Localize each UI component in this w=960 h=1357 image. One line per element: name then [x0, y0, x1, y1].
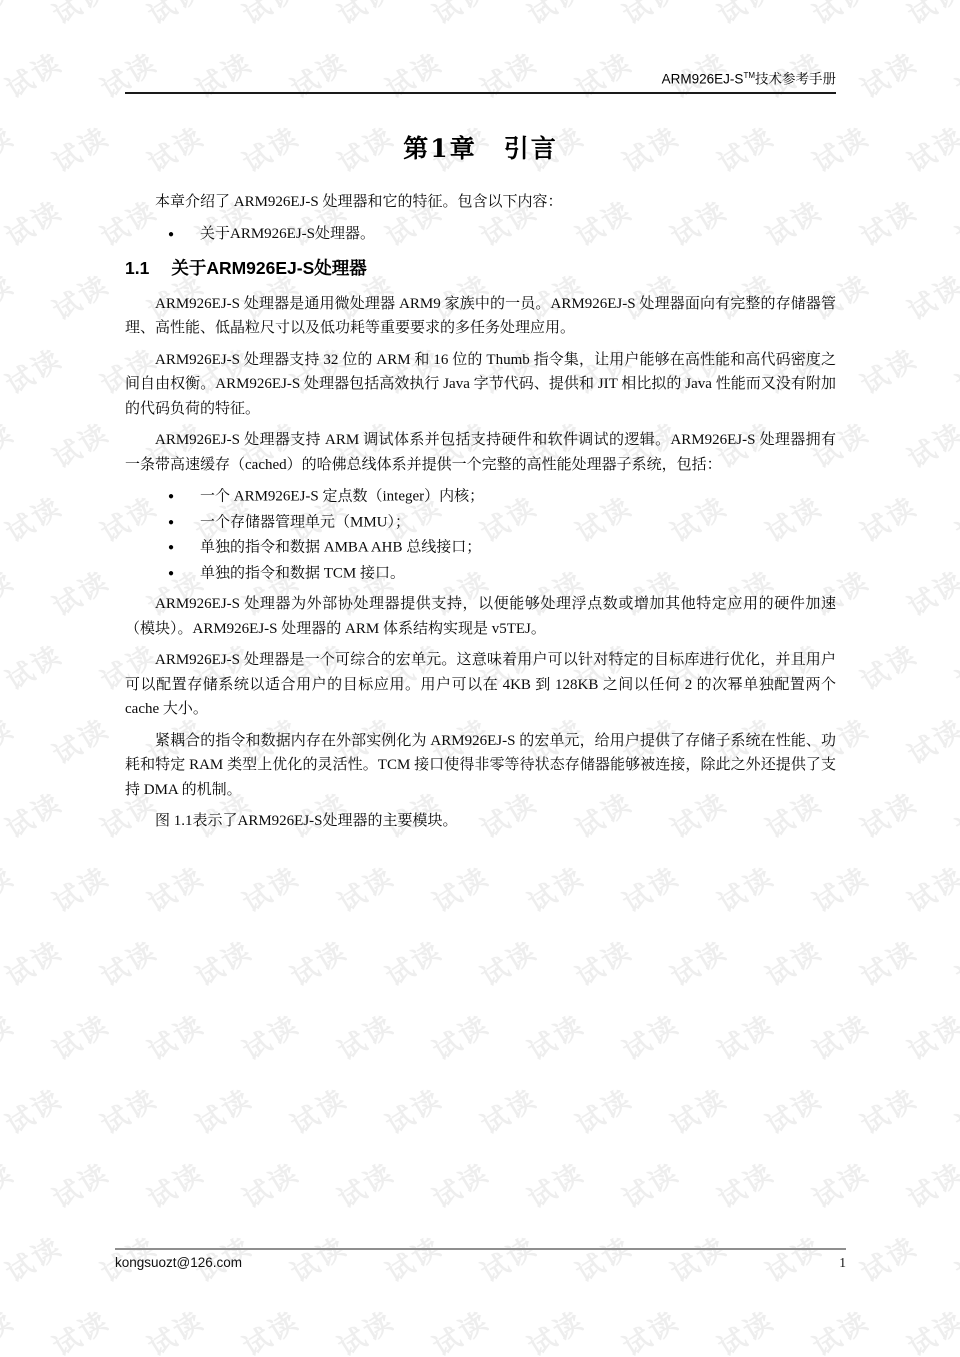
watermark-text: 试读	[139, 1003, 211, 1068]
watermark-text: 试读	[424, 1299, 496, 1357]
watermark-text: 试读	[0, 1077, 69, 1142]
watermark-text: 试读	[757, 929, 829, 994]
watermark-text: 试读	[472, 1077, 544, 1142]
watermark-text: 试读	[0, 1003, 21, 1068]
watermark-text: 试读	[567, 929, 639, 994]
section-heading: 1.1关于ARM926EJ-S处理器	[125, 258, 836, 278]
watermark-text: 试读	[282, 1077, 354, 1142]
watermark-text: 试读	[187, 1077, 259, 1142]
bullet-icon: ●	[168, 222, 200, 248]
watermark-text: 试读	[234, 1151, 306, 1216]
watermark-text: 试读	[709, 1299, 781, 1357]
watermark-text: 试读	[139, 1299, 211, 1357]
body-paragraph: ARM926EJ-S 处理器是一个可综合的宏单元。这意味着用户可以针对特定的目标…	[125, 648, 836, 722]
list-item: ●一个 ARM926EJ-S 定点数（integer）内核；	[168, 484, 836, 510]
watermark-text: 试读	[519, 855, 591, 920]
page-content: ARM926EJ-STM技术参考手册 第1章 引言 本章介绍了 ARM926EJ…	[0, 0, 960, 834]
watermark-text: 试读	[804, 1151, 876, 1216]
watermark-text: 试读	[0, 1299, 21, 1357]
watermark-text: 试读	[614, 855, 686, 920]
watermark-text: 试读	[614, 1299, 686, 1357]
list-item-text: 关于ARM926EJ-S处理器。	[200, 226, 375, 242]
watermark-text: 试读	[804, 855, 876, 920]
section-title: 关于ARM926EJ-S处理器	[171, 258, 366, 278]
watermark-text: 试读	[0, 855, 21, 920]
watermark-text: 试读	[44, 855, 116, 920]
body-paragraph: ARM926EJ-S 处理器为外部协处理器提供支持，以便能够处理浮点数或增加其他…	[125, 592, 836, 641]
intro-bullet-list: ●关于ARM926EJ-S处理器。	[125, 221, 836, 248]
watermark-text: 试读	[44, 1299, 116, 1357]
watermark-text: 试读	[709, 855, 781, 920]
watermark-text: 试读	[139, 1151, 211, 1216]
body-paragraph: ARM926EJ-S 处理器是通用微处理器 ARM9 家族中的一员。ARM926…	[125, 292, 836, 341]
bullet-icon: ●	[168, 510, 200, 535]
watermark-text: 试读	[519, 1003, 591, 1068]
page-footer: kongsuozt@126.com 1	[115, 1248, 846, 1271]
watermark-text: 试读	[662, 929, 734, 994]
watermark-text: 试读	[44, 1003, 116, 1068]
watermark-text: 试读	[947, 929, 960, 994]
watermark-text: 试读	[329, 855, 401, 920]
watermark-text: 试读	[472, 929, 544, 994]
intro-paragraph: 本章介绍了 ARM926EJ-S 处理器和它的特征。包含以下内容：	[125, 190, 836, 215]
body-paragraph: ARM926EJ-S 处理器支持 32 位的 ARM 和 16 位的 Thumb…	[125, 348, 836, 422]
header-manual-title: 技术参考手册	[755, 72, 836, 87]
body-paragraph: 图 1.1表示了ARM926EJ-S处理器的主要模块。	[125, 809, 836, 834]
watermark-text: 试读	[757, 1077, 829, 1142]
watermark-text: 试读	[0, 1151, 21, 1216]
watermark-text: 试读	[804, 1299, 876, 1357]
watermark-text: 试读	[662, 1077, 734, 1142]
watermark-text: 试读	[234, 1299, 306, 1357]
body-paragraph: ARM926EJ-S 处理器支持 ARM 调试体系并包括支持硬件和软件调试的逻辑…	[125, 428, 836, 477]
section-paragraphs-before: ARM926EJ-S 处理器是通用微处理器 ARM9 家族中的一员。ARM926…	[125, 292, 836, 478]
watermark-text: 试读	[92, 1077, 164, 1142]
page-number: 1	[839, 1255, 846, 1271]
watermark-text: 试读	[0, 1225, 69, 1290]
watermark-text: 试读	[329, 1299, 401, 1357]
watermark-text: 试读	[282, 929, 354, 994]
watermark-text: 试读	[234, 1003, 306, 1068]
watermark-text: 试读	[0, 929, 69, 994]
watermark-text: 试读	[614, 1151, 686, 1216]
watermark-text: 试读	[804, 1003, 876, 1068]
document-page: 试读试读试读试读试读试读试读试读试读试读试读试读试读试读试读试读试读试读试读试读…	[0, 0, 960, 1357]
watermark-text: 试读	[709, 1003, 781, 1068]
watermark-text: 试读	[899, 1003, 960, 1068]
watermark-text: 试读	[709, 1151, 781, 1216]
page-header: ARM926EJ-STM技术参考手册	[125, 67, 836, 88]
watermark-text: 试读	[424, 1003, 496, 1068]
bullet-icon: ●	[168, 484, 200, 509]
list-item: ●关于ARM926EJ-S处理器。	[168, 221, 836, 248]
bullet-icon: ●	[168, 535, 200, 560]
list-item: ●单独的指令和数据 TCM 接口。	[168, 561, 836, 587]
body-paragraph: 紧耦合的指令和数据内存在外部实例化为 ARM926EJ-S 的宏单元，给用户提供…	[125, 729, 836, 803]
section-number: 1.1	[125, 258, 149, 278]
list-item-text: 一个 ARM926EJ-S 定点数（integer）内核；	[200, 489, 484, 505]
watermark-text: 试读	[852, 1077, 924, 1142]
watermark-text: 试读	[377, 1077, 449, 1142]
watermark-text: 试读	[567, 1077, 639, 1142]
trademark-symbol: TM	[743, 71, 755, 80]
watermark-text: 试读	[852, 1225, 924, 1290]
watermark-text: 试读	[899, 855, 960, 920]
watermark-text: 试读	[424, 855, 496, 920]
watermark-text: 试读	[947, 1225, 960, 1290]
watermark-text: 试读	[899, 1151, 960, 1216]
bullet-icon: ●	[168, 561, 200, 586]
watermark-text: 试读	[614, 1003, 686, 1068]
watermark-text: 试读	[424, 1151, 496, 1216]
watermark-text: 试读	[852, 929, 924, 994]
watermark-text: 试读	[187, 929, 259, 994]
list-item-text: 一个存储器管理单元（MMU）；	[200, 514, 410, 530]
watermark-text: 试读	[519, 1151, 591, 1216]
watermark-text: 试读	[92, 929, 164, 994]
section-paragraphs-after: ARM926EJ-S 处理器为外部协处理器提供支持，以便能够处理浮点数或增加其他…	[125, 592, 836, 834]
chapter-title: 第1章 引言	[125, 134, 836, 164]
watermark-text: 试读	[44, 1151, 116, 1216]
watermark-text: 试读	[234, 855, 306, 920]
list-item-text: 单独的指令和数据 TCM 接口。	[200, 565, 405, 581]
watermark-text: 试读	[329, 1003, 401, 1068]
header-rule	[125, 92, 836, 94]
watermark-text: 试读	[139, 855, 211, 920]
watermark-text: 试读	[329, 1151, 401, 1216]
list-item-text: 单独的指令和数据 AMBA AHB 总线接口；	[200, 540, 481, 556]
list-item: ●一个存储器管理单元（MMU）；	[168, 510, 836, 536]
feature-bullet-list: ●一个 ARM926EJ-S 定点数（integer）内核；●一个存储器管理单元…	[125, 484, 836, 586]
watermark-text: 试读	[519, 1299, 591, 1357]
header-product-name: ARM926EJ-S	[662, 72, 744, 87]
watermark-text: 试读	[377, 929, 449, 994]
footer-email: kongsuozt@126.com	[115, 1255, 242, 1270]
watermark-text: 试读	[947, 1077, 960, 1142]
watermark-text: 试读	[899, 1299, 960, 1357]
list-item: ●单独的指令和数据 AMBA AHB 总线接口；	[168, 535, 836, 561]
